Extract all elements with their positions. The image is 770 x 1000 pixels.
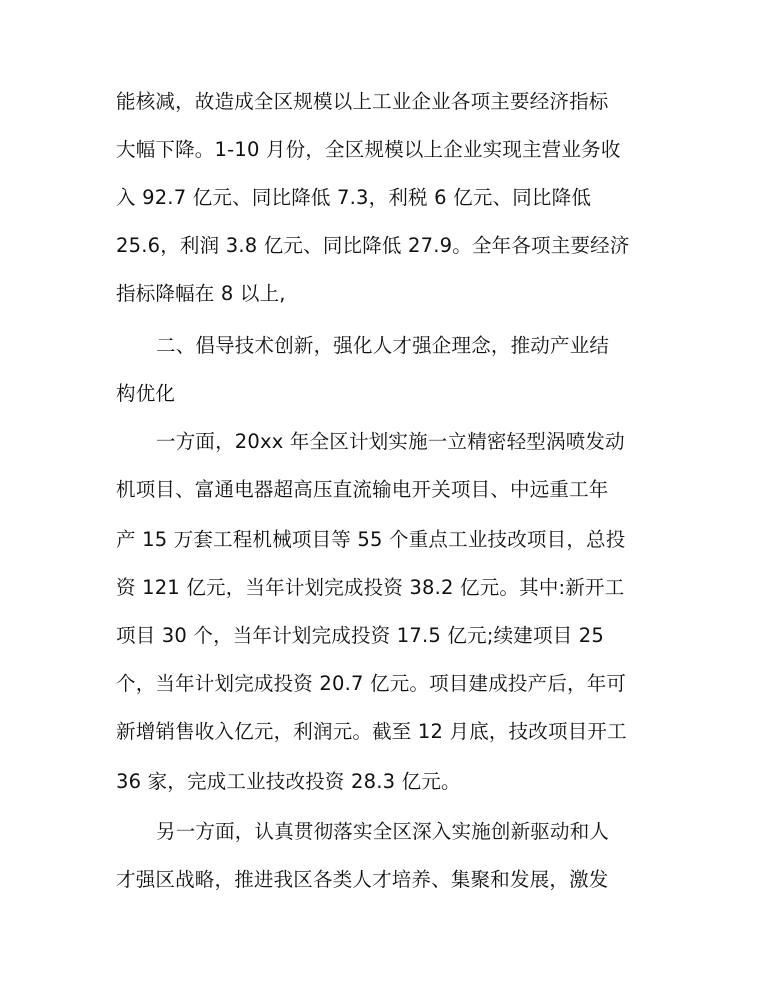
text-line: 才强区战略，推进我区各类人才培养、集聚和发展，激发 xyxy=(116,868,609,892)
section-heading: 二、倡导技术创新，强化人才强企理念，推动产业结 xyxy=(156,334,609,358)
text-line: 25.6，利润 3.8 亿元、同比降低 27.9。全年各项主要经济 xyxy=(116,234,630,258)
text-line: 资 121 亿元，当年计划完成投资 38.2 亿元。其中:新开工 xyxy=(116,576,624,600)
document-page: 能核减，故造成全区规模以上工业企业各项主要经济指标 大幅下降。1-10 月份，全… xyxy=(0,0,770,1000)
text-line: 大幅下降。1-10 月份，全区规模以上企业实现主营业务收 xyxy=(116,138,621,162)
text-line: 能核减，故造成全区规模以上工业企业各项主要经济指标 xyxy=(116,90,609,114)
text-line: 个，当年计划完成投资 20.7 亿元。项目建成投产后，年可 xyxy=(116,672,626,696)
text-line: 产 15 万套工程机械项目等 55 个重点工业技改项目，总投 xyxy=(116,528,625,552)
text-line: 机项目、富通电器超高压直流输电开关项目、中远重工年 xyxy=(116,478,609,502)
text-line: 36 家，完成工业技改投资 28.3 亿元。 xyxy=(116,770,461,794)
text-line: 新增销售收入亿元，利润元。截至 12 月底，技改项目开工 xyxy=(116,720,627,744)
text-line: 入 92.7 亿元、同比降低 7.3，利税 6 亿元、同比降低 xyxy=(116,186,591,210)
text-line: 指标降幅在 8 以上, xyxy=(116,282,286,306)
text-line: 一方面，20xx 年全区计划实施一立精密轻型涡喷发动 xyxy=(156,430,625,454)
text-line: 项目 30 个，当年计划完成投资 17.5 亿元;续建项目 25 xyxy=(116,624,604,648)
text-line: 另一方面，认真贯彻落实全区深入实施创新驱动和人 xyxy=(156,820,609,844)
section-heading-continued: 构优化 xyxy=(116,382,175,406)
